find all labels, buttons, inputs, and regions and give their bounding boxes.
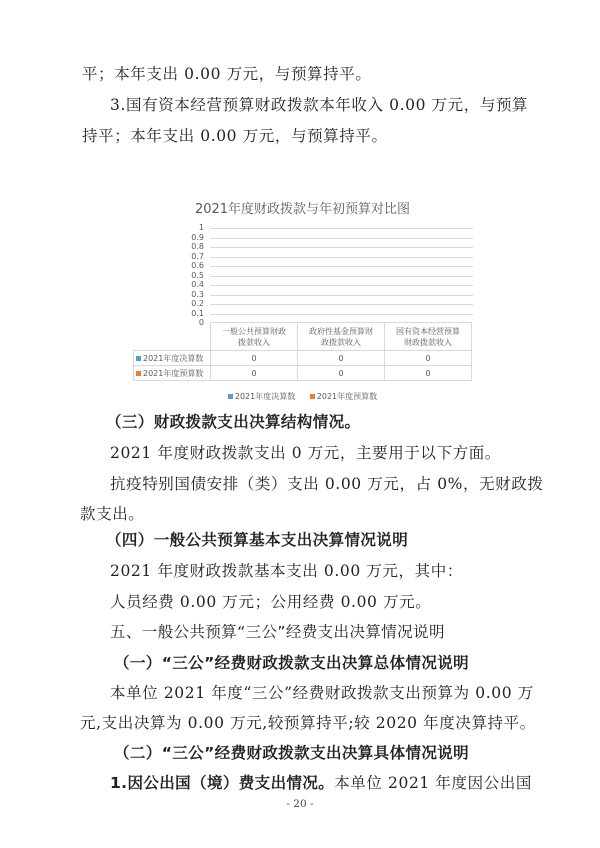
- y-tick-label: 0.7: [190, 253, 204, 261]
- y-tick-label: 0.1: [190, 310, 204, 318]
- subsection-heading: （一）“三公”经费财政拨款支出决算总体情况说明: [114, 653, 469, 673]
- paragraph-line: 本单位 2021 年度“三公”经费财政拨款支出预算为 0.00 万: [110, 683, 534, 703]
- gridline: [210, 314, 473, 315]
- table-cell: 0: [385, 351, 472, 366]
- item-text: 本单位 2021 年度因公出国: [334, 774, 532, 792]
- y-tick-label: 0.9: [190, 234, 204, 242]
- gridline: [210, 295, 473, 296]
- paragraph-line: 1.因公出国（境）费支出情况。本单位 2021 年度因公出国: [110, 773, 532, 793]
- y-tick-label: 1: [190, 224, 204, 232]
- paragraph-line: 2021 年度财政拨款支出 0 万元，主要用于以下方面。: [110, 443, 501, 463]
- paragraph-line: 3.国有资本经营预算财政拨款本年收入 0.00 万元，与预算: [110, 95, 528, 115]
- legend-swatch-icon: [310, 394, 315, 399]
- chart-legend: 2021年度决算数 2021年度预算数: [130, 391, 475, 402]
- category-header: 政府性基金预算财政拨款收入: [298, 323, 385, 351]
- gridline: [210, 257, 473, 258]
- y-tick-label: 0.6: [190, 262, 204, 270]
- item-title: 1.因公出国（境）费支出情况。: [110, 774, 334, 792]
- y-tick-label: 0.4: [190, 281, 204, 289]
- gridline: [210, 266, 473, 267]
- legend-swatch-icon: [136, 371, 141, 376]
- y-tick-label: 0.5: [190, 272, 204, 280]
- legend-item: 2021年度决算数: [228, 392, 295, 401]
- series-label: 2021年度决算数: [134, 351, 211, 366]
- table-cell: 0: [385, 366, 472, 381]
- chart-data-table: 一般公共预算财政拨款收入 政府性基金预算财政拨款收入 国有资本经营预算财政拨款收…: [133, 322, 472, 381]
- legend-swatch-icon: [228, 394, 233, 399]
- table-cell: 0: [211, 366, 298, 381]
- table-row: 2021年度决算数 0 0 0: [134, 351, 472, 366]
- paragraph-line: 元,支出决算为 0.00 万元,较预算持平;较 2020 年度决算持平。: [80, 713, 536, 733]
- table-cell: 0: [211, 351, 298, 366]
- gridline: [210, 228, 473, 229]
- section-heading: （三）财政拨款支出决算结构情况。: [106, 412, 360, 432]
- y-tick-label: 0.2: [190, 300, 204, 308]
- gridline: [210, 247, 473, 248]
- paragraph-line: 人员经费 0.00 万元；公用经费 0.00 万元。: [110, 592, 431, 612]
- paragraph-line: 抗疫特别国债安排（类）支出 0.00 万元，占 0%，无财政拨: [110, 474, 543, 494]
- paragraph-line: 2021 年度财政拨款基本支出 0.00 万元，其中：: [110, 561, 463, 581]
- table-row: 2021年度预算数 0 0 0: [134, 366, 472, 381]
- table-cell: 0: [298, 351, 385, 366]
- paragraph-line: 平；本年支出 0.00 万元，与预算持平。: [82, 64, 371, 84]
- subsection-heading: （二）“三公”经费财政拨款支出决算具体情况说明: [114, 743, 469, 763]
- chart-title: 2021年度财政拨款与年初预算对比图: [130, 198, 475, 217]
- legend-swatch-icon: [136, 356, 141, 361]
- gridline: [210, 285, 473, 286]
- budget-comparison-chart: 2021年度财政拨款与年初预算对比图 10.90.80.70.60.50.40.…: [130, 190, 475, 405]
- legend-item: 2021年度预算数: [310, 392, 377, 401]
- gridline: [210, 276, 473, 277]
- paragraph-line: 持平；本年支出 0.00 万元，与预算持平。: [82, 126, 388, 146]
- page-number: - 20 -: [0, 798, 600, 810]
- section-heading: 五、一般公共预算“三公”经费支出决算情况说明: [110, 622, 445, 642]
- y-tick-label: 0.8: [190, 243, 204, 251]
- series-label: 2021年度预算数: [134, 366, 211, 381]
- table-cell: 0: [298, 366, 385, 381]
- category-header: 国有资本经营预算财政拨款收入: [385, 323, 472, 351]
- y-tick-label: 0.3: [190, 291, 204, 299]
- gridline: [210, 238, 473, 239]
- paragraph-line: 款支出。: [80, 504, 144, 524]
- category-header: 一般公共预算财政拨款收入: [211, 323, 298, 351]
- gridline: [210, 304, 473, 305]
- section-heading: （四）一般公共预算基本支出决算情况说明: [106, 530, 408, 550]
